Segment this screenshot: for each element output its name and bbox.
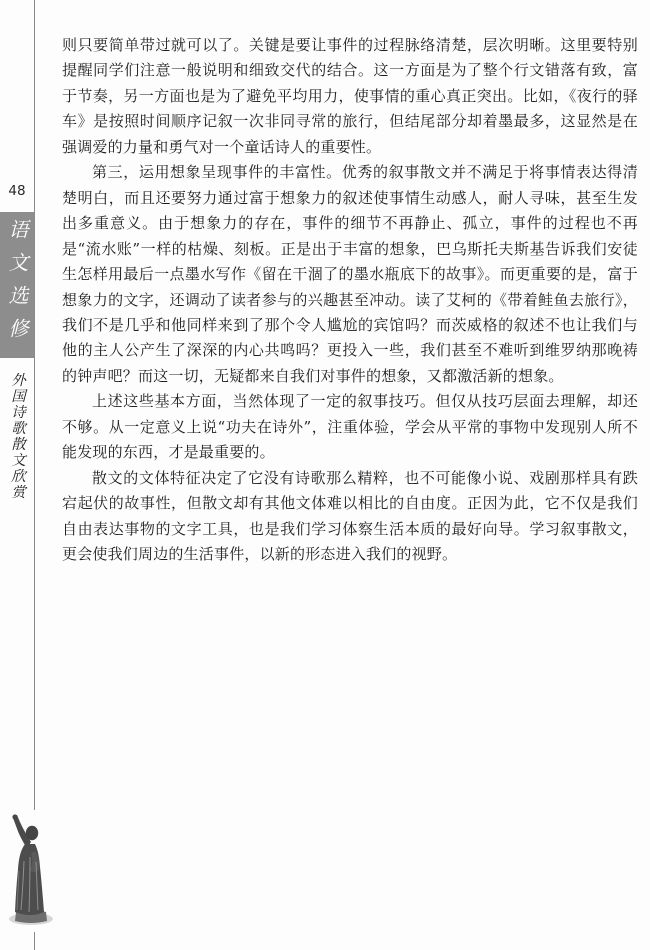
paragraph-2: 第三，运用想象呈现事件的丰富性。优秀的叙事散文并不满足于将事情表达得清楚明白，而… — [62, 160, 638, 389]
book-page: 48 语文选修 外国诗歌散文欣赏 则只要简单带过就可以了。关键是要让事件的过程脉… — [0, 0, 650, 950]
main-text-block: 则只要简单带过就可以了。关键是要让事件的过程脉络清楚，层次明晰。这里要特别提醒同… — [62, 33, 638, 568]
sidebar-divider-line-bottom — [34, 932, 35, 950]
page-number: 48 — [0, 183, 34, 199]
paragraph-3: 上述这些基本方面，当然体现了一定的叙事技巧。但仅从技巧层面去理解，却还不够。从一… — [62, 389, 638, 465]
sidebar-divider-line — [34, 0, 35, 810]
paragraph-4: 散文的文体特征决定了它没有诗歌那么精粹，也不可能像小说、戏剧那样具有跌宕起伏的故… — [62, 466, 638, 568]
series-badge: 语文选修 — [0, 212, 34, 358]
series-badge-label: 语文选修 — [7, 219, 27, 351]
book-title-vertical: 外国诗歌散文欣赏 — [7, 372, 27, 502]
classical-statue-icon — [5, 811, 55, 927]
paragraph-1: 则只要简单带过就可以了。关键是要让事件的过程脉络清楚，层次明晰。这里要特别提醒同… — [62, 33, 638, 160]
